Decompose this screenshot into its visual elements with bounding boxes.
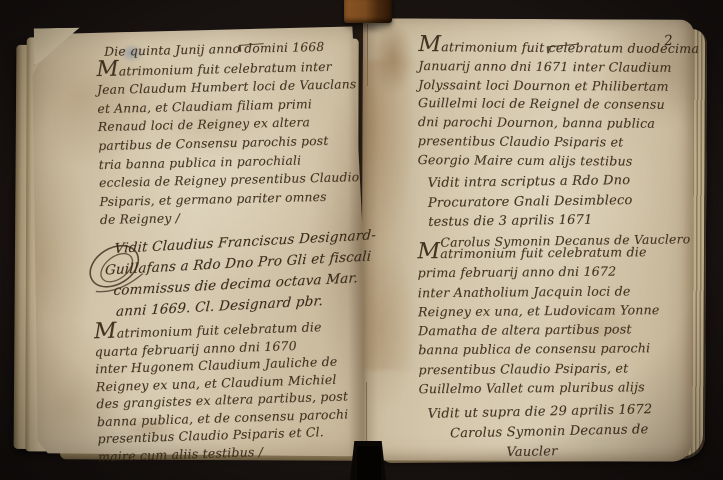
manuscript-line: Matrimonium fuit celebratum duodecima	[418, 37, 698, 59]
right-vidit-1671: Vidit intra scriptus a Rdo Dno Procurato…	[427, 170, 696, 252]
manuscript-line: Reigney ex una, et Ludovicam Yonne	[418, 300, 700, 322]
manuscript-line: presentibus Claudio Psiparis et	[418, 132, 698, 153]
manuscript-line: inter Anatholium Jacquin loci de	[418, 280, 700, 302]
manuscript-line: Georgio Maire cum alijs testibus	[418, 151, 698, 172]
gutter-crease	[367, 24, 368, 86]
left-entry-1668: Die quinta Junij anno domini 1668 Matrim…	[96, 37, 366, 230]
manuscript-photo: 2 Die quinta Junij anno domini 1668 Matr…	[0, 0, 723, 480]
manuscript-line: Jolyssaint loci Dournon et Philibertam	[418, 76, 698, 97]
right-entry-1671: Matrimonium fuit celebratum duodecima Ja…	[418, 37, 699, 172]
left-vidit-signature-1669: Vidit Claudius Franciscus Designard- Gui…	[109, 225, 385, 324]
manuscript-line: Matrimonium fuit celebratum die	[417, 242, 699, 264]
right-entry-1672: Matrimonium fuit celebratum die prima fe…	[417, 242, 700, 399]
manuscript-line: prima februarij anno dni 1672	[418, 261, 700, 283]
manuscript-line: Januarij anno dni 1671 inter Claudium	[418, 57, 698, 78]
manuscript-line: Damatha de altera partibus post	[418, 319, 700, 341]
left-entry-1670: Matrimonium fuit celebratum die quarta f…	[94, 316, 370, 465]
manuscript-line: Guillelmi loci de Reignel de consensu	[418, 94, 698, 115]
manuscript-line: Vaucler	[506, 439, 696, 463]
manuscript-line: presentibus Claudio Psiparis, et	[418, 358, 700, 380]
manuscript-line: dni parochi Dournon, banna publica	[418, 113, 698, 134]
leather-strap	[344, 0, 392, 23]
right-vidit-1672: Vidit ut supra die 29 aprilis 1672 Carol…	[427, 399, 696, 465]
manuscript-line: Guillelmo Vallet cum pluribus alijs	[419, 377, 701, 399]
manuscript-line: banna publica de consensu parochi	[418, 338, 700, 360]
